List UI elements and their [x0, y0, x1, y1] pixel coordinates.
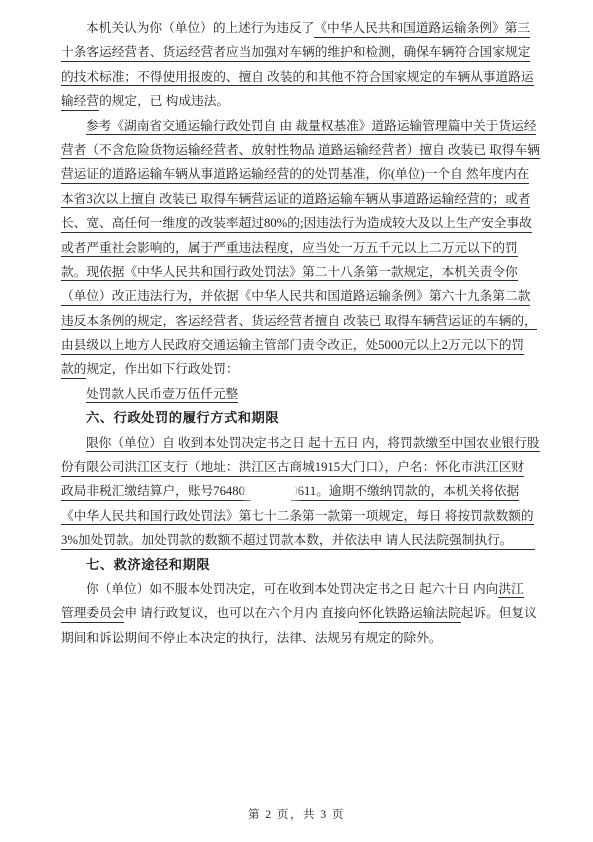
- underlined-text-segment: 怀化铁路运输法院: [359, 606, 461, 623]
- underlined-text-segment: 《中华人民共和国道路运输条例》第三: [314, 21, 530, 38]
- underlined-text-segment: 输经营: [61, 94, 99, 111]
- underlined-text-segment: 营者（不含危险货物运输经营者、放射性物品 道路运输经营者）擅自 改装已 取得车辆: [61, 143, 540, 160]
- text-line: 十条客运经营者、货运经营者应当加强对车辆的维护和检测，确保车辆符合国家规定: [61, 40, 535, 64]
- page-number: 第 2 页，共 3 页: [0, 806, 593, 822]
- section-heading: 六、行政处罚的履行方式和期限: [61, 406, 535, 430]
- text-line: （单位）改正违法行为，并依据《中华人民共和国道路运输条例》第六十九条第二款: [61, 284, 535, 308]
- underlined-text-segment: 3%加处罚款。加处罚款的数额不超过罚款本数，并依法申 请人民法院强制执行。: [61, 533, 512, 549]
- underlined-text-segment: 处罚款人民币壹万伍仟元整: [86, 387, 238, 404]
- text-line: 由县级以上地方人民政府交通运输主管部门责令改正，处5000元以上2万元以下的罚: [61, 333, 535, 357]
- underlined-text-segment: 洪江: [498, 582, 523, 599]
- text-segment: 的规定，已 构成违法。: [99, 94, 229, 108]
- text-line: 3%加处罚款。加处罚款的数额不超过罚款本数，并依法申 请人民法院强制执行。: [61, 528, 535, 552]
- text-line: 处罚款人民币壹万伍仟元整: [61, 382, 535, 406]
- text-line: 本机关认为你（单位）的上述行为违反了《中华人民共和国道路运输条例》第三: [61, 16, 535, 40]
- underlined-text-segment: 款。现依据《中华人民共和国行政处罚法》第二十八条第一款规定，本机关责令你: [61, 265, 518, 282]
- underlined-text-segment: 《中华人民共和国行政处罚法》第七十二条第一款第一项规定，每日 将按罚款数额的: [61, 509, 534, 526]
- text-line: 份有限公司洪江区支行（地址：洪江区古商城1915大门口），户名：怀化市洪江区财: [61, 455, 535, 479]
- text-line: 期间和诉讼期间不停止本决定的执行，法律、法规另有规定的除外。: [61, 626, 535, 650]
- underlined-text-segment: 长、宽、高任何一维度的改装率超过80%的;因违法行为造成较大及以上生产安全事故: [61, 216, 532, 233]
- text-segment: 期间和诉讼期间不停止本决定的执行，法律、法规另有规定的除外。: [61, 631, 442, 645]
- underlined-text-segment: 份有限公司洪江区支行（地址：洪江区古商城1915大门口），户名：怀化市洪江区财: [61, 460, 524, 477]
- text-line: 款的规定，作出如下行政处罚：: [61, 357, 535, 381]
- underlined-text-segment: 营运证的道路运输车辆从事道路运输经营的的处罚基准，你(单位)一个自 然年度内在: [61, 167, 529, 184]
- text-segment: 规定，作出如下行政处罚：: [86, 362, 238, 376]
- text-line: 长、宽、高任何一维度的改装率超过80%的;因违法行为造成较大及以上生产安全事故: [61, 211, 535, 235]
- text-line: 本省3次以上擅自 改装已 取得车辆营运证的道路运输车辆从事道路运输经营的；或者: [61, 187, 535, 211]
- text-line: 限你（单位）自 收到本处罚决定书之日 起十五日 内，将罚款缴至中国农业银行股: [61, 431, 535, 455]
- underlined-text-segment: 政局非税汇缴结算户，账号764801: [61, 484, 251, 501]
- underlined-text-segment: 本省3次以上擅自 改装已 取得车辆营运证的道路运输车辆从事道路运输经营的；或者: [61, 192, 530, 209]
- underlined-text-segment: 或者严重社会影响的，属于严重违法程度，应当处一万五千元以上二万元以下的罚: [61, 241, 518, 258]
- text-line: 营者（不含危险货物运输经营者、放射性物品 道路运输经营者）擅自 改装已 取得车辆: [61, 138, 535, 162]
- text-segment: 起诉。但复议: [461, 606, 537, 620]
- underlined-text-segment: 参考《湖南省交通运输行政处罚自 由 裁量权基准》道路运输管理篇中关于货运经: [86, 119, 536, 136]
- underlined-text-segment: 十条客运经营者、货运经营者应当加强对车辆的维护和检测，确保车辆符合国家规定: [61, 45, 530, 62]
- underlined-text-segment: 管理委员会: [61, 606, 124, 623]
- text-line: 参考《湖南省交通运输行政处罚自 由 裁量权基准》道路运输管理篇中关于货运经: [61, 114, 535, 138]
- underlined-text-segment: 0611。逾期不缴纳罚款的，本机关将依据: [291, 484, 519, 501]
- underlined-text-segment: 的技术标准；不得使用报废的、擅自 改装的和其他不符合国家规定的车辆从事道路运: [61, 70, 534, 87]
- text-segment: 六、行政处罚的履行方式和期限: [86, 410, 279, 425]
- document-page: 本机关认为你（单位）的上述行为违反了《中华人民共和国道路运输条例》第三十条客运经…: [0, 0, 593, 842]
- text-line: 营运证的道路运输车辆从事道路运输经营的的处罚基准，你(单位)一个自 然年度内在: [61, 162, 535, 186]
- text-line: 或者严重社会影响的，属于严重违法程度，应当处一万五千元以上二万元以下的罚: [61, 236, 535, 260]
- section-heading: 七、救济途径和期限: [61, 553, 535, 577]
- redaction-blur: [248, 484, 294, 496]
- text-line: 管理委员会申 请行政复议，也可以在六个月内 直接向怀化铁路运输法院起诉。但复议: [61, 601, 535, 625]
- text-line: 政局非税汇缴结算户，账号7648010611。逾期不缴纳罚款的，本机关将依据: [61, 479, 535, 503]
- text-line: 你（单位）如不服本处罚决定，可在收到本处罚决定书之日 起六十日 内向洪江: [61, 577, 535, 601]
- text-line: 输经营的规定，已 构成违法。: [61, 89, 535, 113]
- text-line: 《中华人民共和国行政处罚法》第七十二条第一款第一项规定，每日 将按罚款数额的: [61, 504, 535, 528]
- text-segment: 申 请行政复议，也可以在六个月内 直接向: [124, 606, 359, 620]
- document-body: 本机关认为你（单位）的上述行为违反了《中华人民共和国道路运输条例》第三十条客运经…: [61, 16, 535, 650]
- text-line: 违反本条例的规定，客运经营者、货运经营者擅自 改装已 取得车辆营运证的车辆的，: [61, 309, 535, 333]
- text-line: 的技术标准；不得使用报废的、擅自 改装的和其他不符合国家规定的车辆从事道路运: [61, 65, 535, 89]
- underlined-text-segment: 由县级以上地方人民政府交通运输主管部门责令改正，处5000元以上2万元以下的罚: [61, 338, 524, 355]
- underlined-text-segment: 限你（单位）自 收到本处罚决定书之日 起十五日 内，将罚款缴至中国农业银行股: [86, 436, 540, 453]
- text-segment: 本机关认为你（单位）的上述行为违反了: [86, 21, 314, 35]
- underlined-text-segment: （单位）改正违法行为，并依据《中华人民共和国道路运输条例》第六十九条第二款: [61, 289, 530, 306]
- text-segment: 你（单位）如不服本处罚决定，可在收到本处罚决定书之日 起六十日 内向: [86, 582, 498, 596]
- text-line: 款。现依据《中华人民共和国行政处罚法》第二十八条第一款规定，本机关责令你: [61, 260, 535, 284]
- underlined-text-segment: 款的: [61, 362, 86, 379]
- text-segment: 七、救济途径和期限: [86, 557, 210, 572]
- underlined-text-segment: 违反本条例的规定，客运经营者、货运经营者擅自 改装已 取得车辆营运证的车辆的，: [61, 314, 537, 331]
